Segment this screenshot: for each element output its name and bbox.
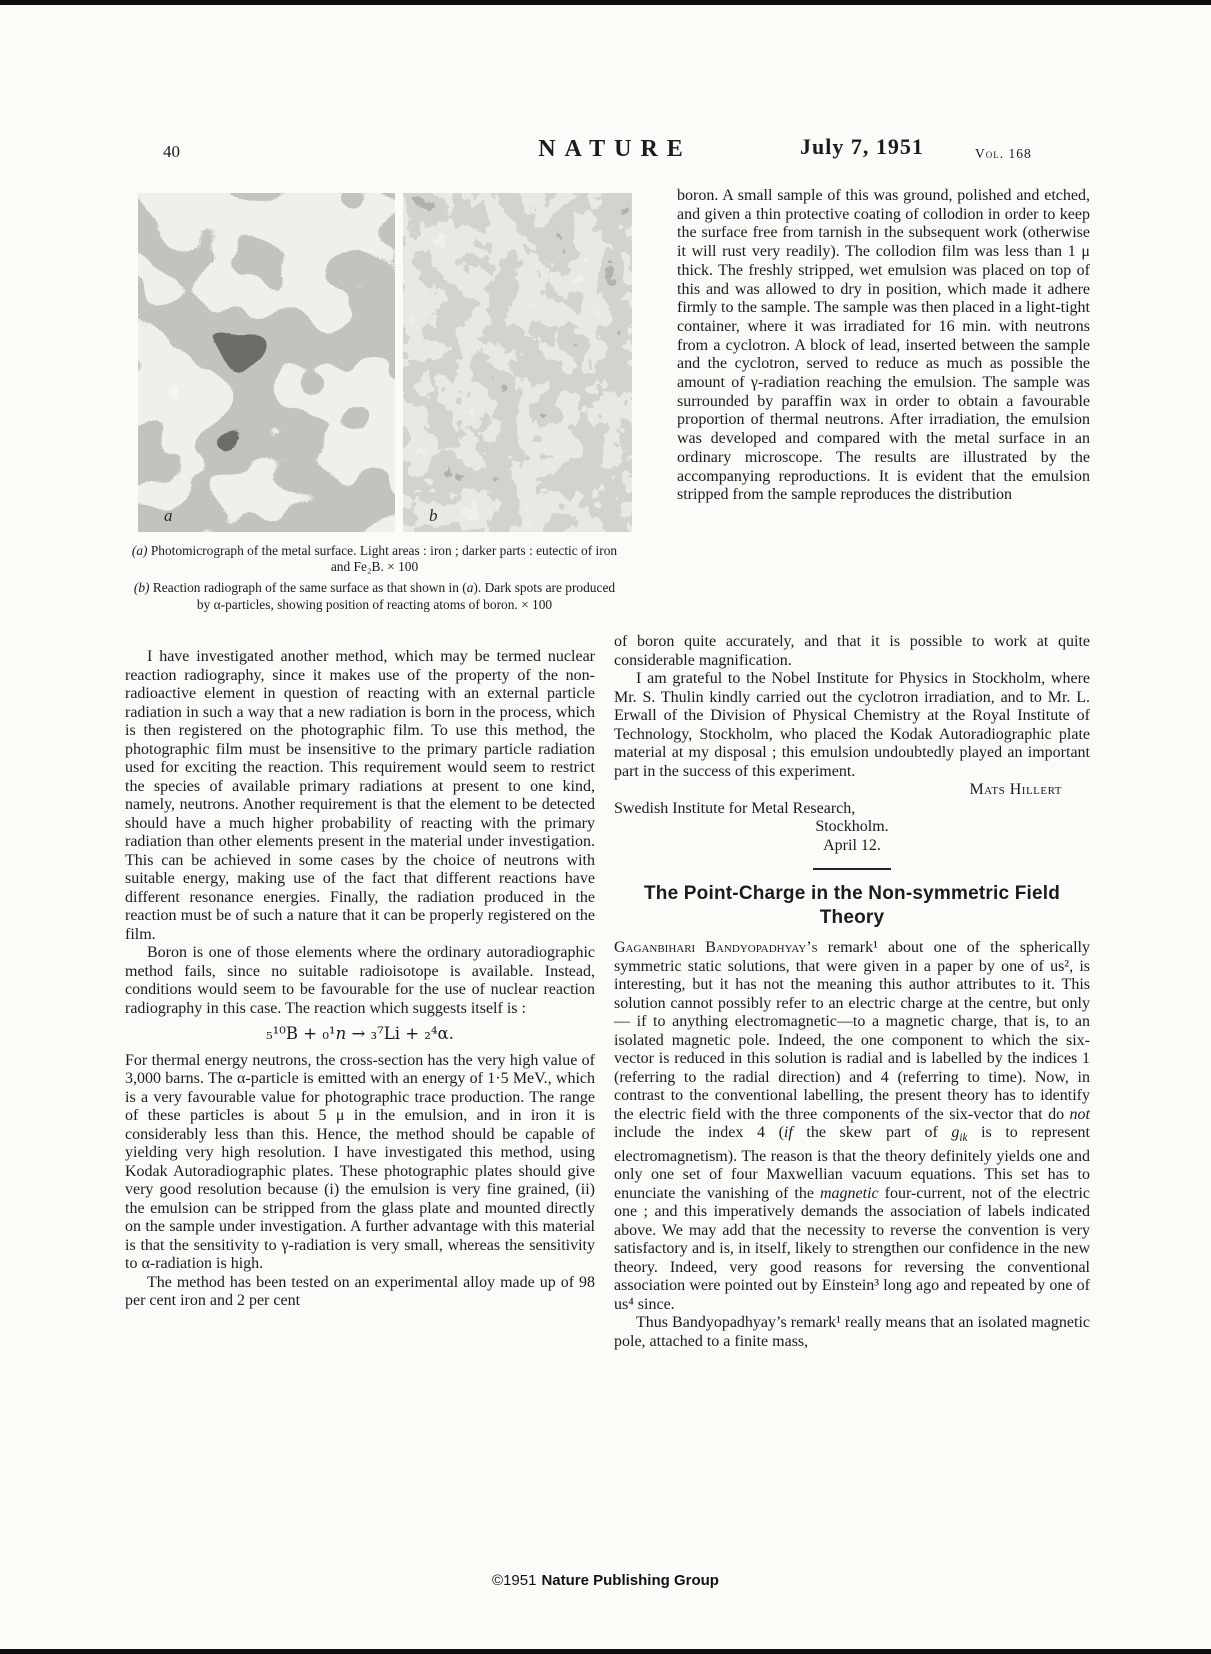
paragraph-acknowledgement: I am grateful to the Nobel Institute for…	[614, 670, 1090, 781]
article-title: The Point-Charge in the Non-symmetric Fi…	[637, 882, 1067, 929]
page-number: 40	[163, 142, 180, 162]
figure-label-a: a	[164, 506, 173, 526]
author-signature: Mats Hillert	[614, 781, 1090, 800]
affiliation-city: Stockholm.	[614, 818, 1090, 837]
paragraph-method-tested: The method has been tested on an experim…	[125, 1274, 595, 1311]
footer-publisher: Nature Publishing Group	[541, 1572, 719, 1589]
photomicrograph-a: a	[138, 193, 395, 532]
journal-page: 40 NATURE July 7, 1951 Vol. 168	[0, 0, 1211, 1654]
journal-title: NATURE	[455, 136, 775, 163]
photomicrograph-b-image	[403, 193, 632, 532]
paragraph-point-charge-1: Gaganbihari Bandyopadhyay’s remark¹ abou…	[614, 939, 1090, 1314]
right-column-wide: of boron quite accurately, and that it i…	[614, 633, 1090, 1351]
scan-edge-bottom	[0, 1649, 1211, 1654]
photomicrograph-a-image	[138, 193, 395, 532]
paragraph-method-intro: I have investigated another method, whic…	[125, 648, 595, 944]
figure-caption: (a) Photomicrograph of the metal surface…	[126, 543, 623, 618]
figure-photomicrographs: a b	[138, 193, 632, 532]
right-column-narrow: boron. A small sample of this was ground…	[677, 187, 1090, 505]
paragraph-boron: Boron is one of those elements where the…	[125, 944, 595, 1018]
footer: ©1951Nature Publishing Group	[0, 1572, 1211, 1589]
caption-a: (a) Photomicrograph of the metal surface…	[126, 543, 623, 575]
left-column: I have investigated another method, whic…	[125, 648, 595, 1311]
letter-date: April 12.	[614, 837, 1090, 856]
paragraph-point-charge-2: Thus Bandyopadhyay’s remark¹ really mean…	[614, 1314, 1090, 1351]
scan-edge-top	[0, 0, 1211, 5]
paragraph-continuation: of boron quite accurately, and that it i…	[614, 633, 1090, 670]
author-affiliation: Swedish Institute for Metal Research,	[614, 800, 1090, 819]
volume-label: Vol. 168	[975, 146, 1032, 162]
nuclear-reaction-equation: ₅¹⁰B + ₀¹n → ₃⁷Li + ₂⁴α.	[125, 1025, 595, 1044]
paragraph-thermal-neutrons: For thermal energy neutrons, the cross-s…	[125, 1052, 595, 1274]
issue-date: July 7, 1951	[800, 134, 924, 160]
paragraph-sample-preparation: boron. A small sample of this was ground…	[677, 187, 1090, 505]
footer-copyright: ©1951	[492, 1572, 536, 1589]
caption-b: (b) Reaction radiograph of the same surf…	[126, 580, 623, 612]
photomicrograph-b: b	[403, 193, 632, 532]
figure-label-b: b	[429, 506, 438, 526]
section-divider	[813, 868, 891, 870]
